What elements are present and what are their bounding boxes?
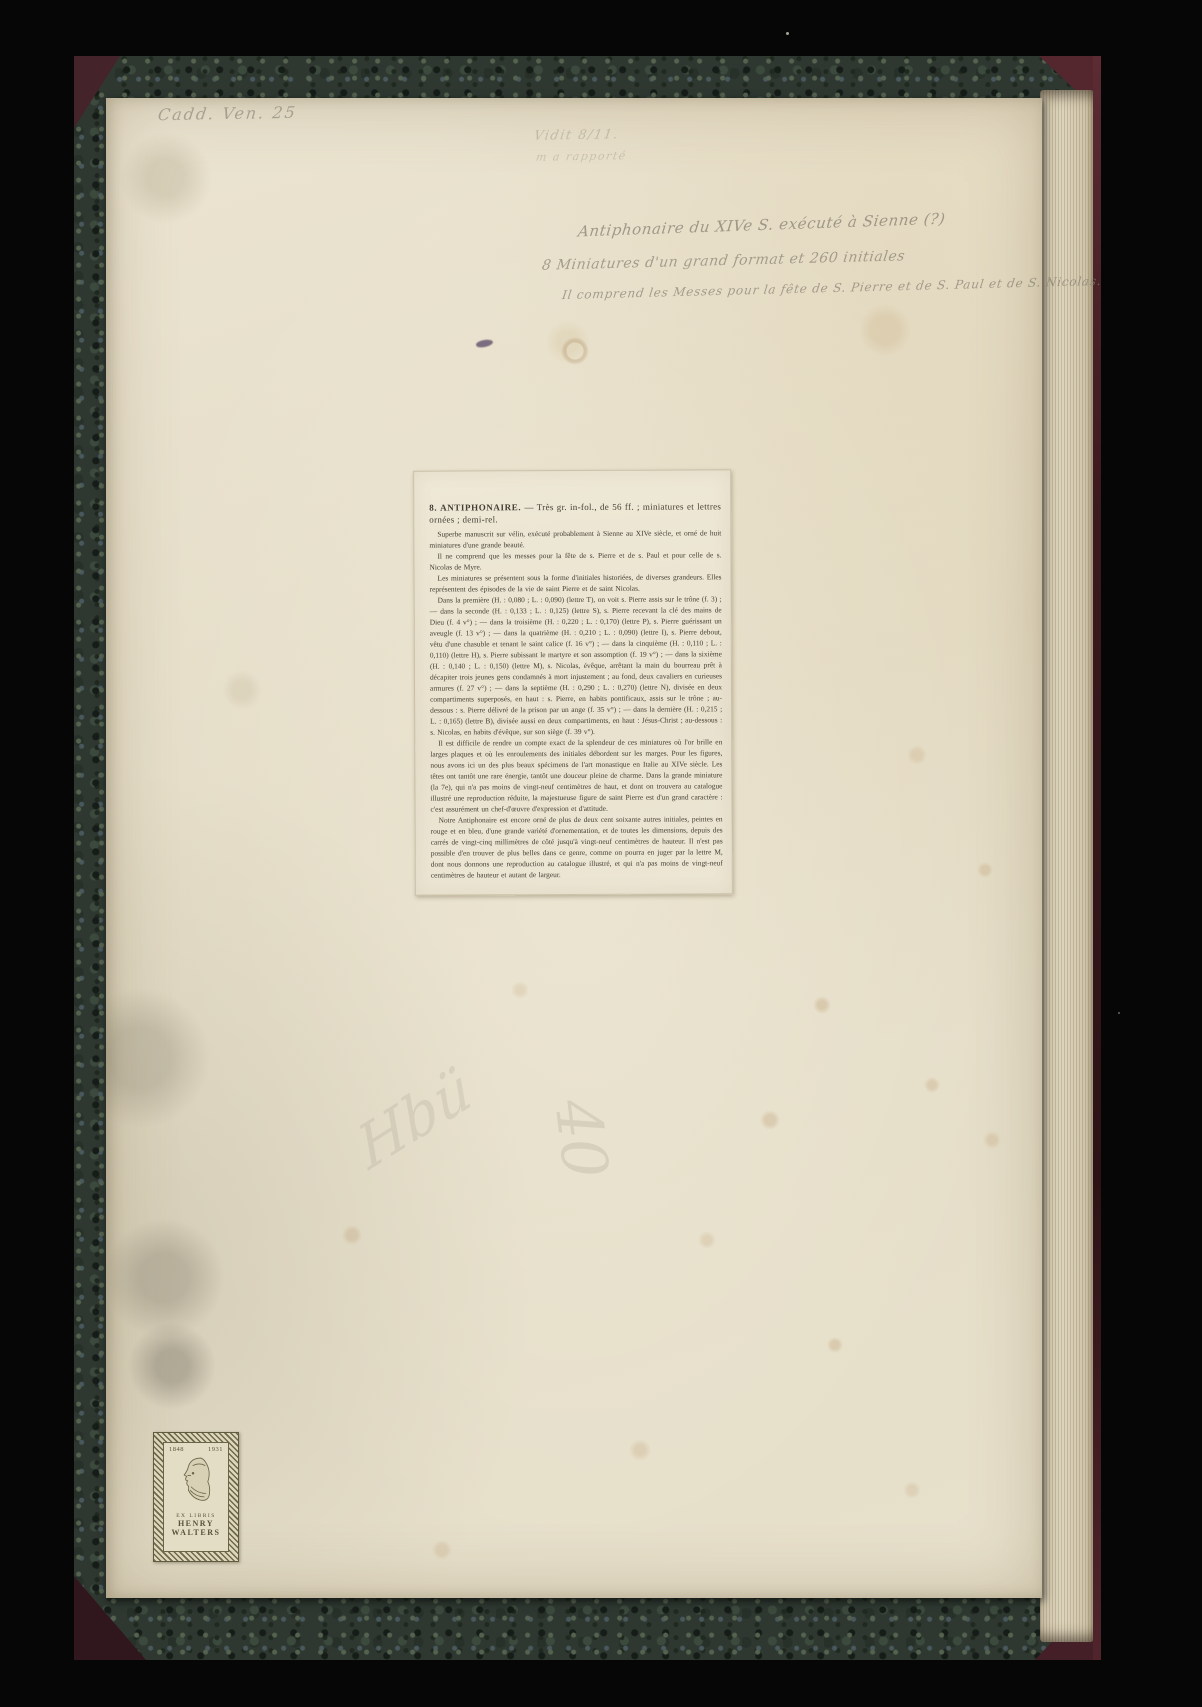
clipping-paragraph: Notre Antiphonaire est encore orné de pl… (431, 813, 723, 880)
pasted-catalogue-clipping: 8. ANTIPHONAIRE. — Très gr. in-fol., de … (413, 469, 733, 895)
owner-name-line2: WALTERS (172, 1528, 221, 1537)
handwritten-annotation-line3: Il comprend les Messes pour la fête de S… (561, 274, 1102, 302)
clipping-header: 8. ANTIPHONAIRE. — Très gr. in-fol., de … (429, 500, 721, 525)
birth-year: 1848 (169, 1446, 184, 1453)
pencil-shelfmark: Cadd. Ven. 25 (157, 103, 298, 124)
bookplate-inner-panel: 1848 1931 (163, 1442, 229, 1552)
handwritten-annotation-line2: 8 Miniatures d'un grand format et 260 in… (541, 248, 906, 274)
death-year: 1931 (208, 1446, 223, 1453)
faint-pencil-note-line1: Vidit 8/11. (533, 127, 620, 144)
marbled-paper-top-edge (74, 56, 1101, 103)
clipping-paragraph: Il ne comprend que les messes pour la fê… (429, 549, 721, 572)
bookplate-dates: 1848 1931 (164, 1443, 228, 1453)
clipping-paragraph: Dans la première (H. : 0,080 ; L. : 0,09… (430, 593, 723, 737)
dust-speck (786, 32, 789, 35)
faint-pencil-note-line2: m a rapporté (535, 149, 628, 164)
ink-smudge (475, 338, 493, 348)
book-inside-cover: Cadd. Ven. 25 Vidit 8/11. m a rapporté A… (74, 56, 1101, 1660)
flyleaf-page: Cadd. Ven. 25 Vidit 8/11. m a rapporté A… (106, 98, 1042, 1598)
text-block-fore-edge (1040, 90, 1094, 1642)
owner-name-line1: HENRY (178, 1519, 214, 1528)
entry-number: 8. (429, 503, 440, 513)
entry-title: ANTIPHONAIRE. (440, 502, 524, 512)
clipping-paragraph: Superbe manuscrit sur vélin, exécuté pro… (429, 527, 721, 550)
dust-speck (1118, 1012, 1120, 1014)
handwritten-annotation-line1: Antiphonaire du XIVe S. exécuté à Sienne… (577, 210, 947, 241)
pencil-scribble: Hbü (350, 1052, 480, 1184)
pencil-scribble: 40 (540, 1095, 622, 1182)
henry-walters-portrait-icon (170, 1453, 222, 1512)
clipping-paragraph: Il est difficile de rendre un compte exa… (430, 736, 722, 814)
photo-backdrop: Cadd. Ven. 25 Vidit 8/11. m a rapporté A… (0, 0, 1202, 1707)
cover-edge-strip (1093, 56, 1101, 1660)
ex-libris-bookplate: 1848 1931 (153, 1432, 239, 1562)
clipping-paragraph: Les miniatures se présentent sous la for… (430, 571, 722, 594)
marbled-paper-bottom-edge (86, 1596, 1074, 1660)
